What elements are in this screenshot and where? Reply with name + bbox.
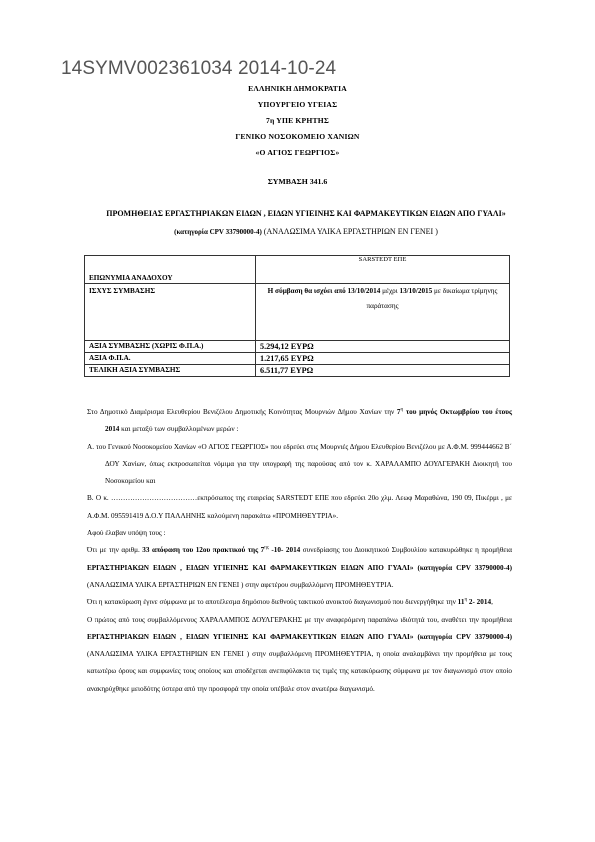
assignment-text: Ο πρώτος από τους συμβαλλόμενους ΧΑΡΑΛΑΜ…: [87, 616, 512, 624]
validity-label: ΙΣΧΥΣ ΣΥΜΒΑΣΗΣ: [85, 284, 256, 341]
header-line-ministry: ΥΠΟΥΡΓΕΙΟ ΥΓΕΙΑΣ: [0, 100, 595, 109]
total-value: 6.511,77 ΕΥΡΩ: [256, 365, 510, 377]
award-text: Ότι με την αριθμ.: [87, 546, 142, 554]
award-text2: συνεδρίασης του Διοικητικού Συμβουλίου κ…: [300, 546, 512, 554]
table-row: ΕΠΩΝΥΜΙΑ ΑΝΑΔΟΧΟΥ SARSTEDT ΕΠΕ: [85, 256, 510, 284]
contract-title: ΣΥΜΒΑΣΗ 341.6: [0, 177, 595, 186]
header-line-hospital-name: «Ο ΑΓΙΟΣ ΓΕΩΡΓΙΟΣ»: [0, 148, 595, 157]
vat-value: 1.217,65 ΕΥΡΩ: [256, 353, 510, 365]
validity-until: μέχρι: [380, 287, 399, 295]
award-text3: (ΑΝΑΛΩΣΙΜΑ ΥΛΙΚΑ ΕΡΓΑΣΤΗΡΙΩΝ ΕΝ ΓΕΝΕΙ ) …: [87, 581, 394, 589]
subject-category: (κατηγορία CPV 33790000-4): [174, 228, 262, 236]
validity-start: Η σύμβαση θα ισχύει από 13/10/2014: [268, 287, 381, 295]
award-decision: 33 απόφαση του 12ου πρακτικού της 7: [142, 546, 264, 554]
subject-bold: ΠΡΟΜΗΘΕΙΑΣ ΕΡΓΑΣΤΗΡΙΑΚΩΝ ΕΙΔΩΝ , ΕΙΔΩΝ Υ…: [106, 209, 506, 218]
table-row: ΑΞΙΑ ΣΥΜΒΑΣΗΣ (ΧΩΡΙΣ Φ.Π.Α.) 5.294,12 ΕΥ…: [85, 341, 510, 353]
paragraph-party-b: Β. Ο κ. ………………………………εκπρόσωπος της εταιρ…: [87, 490, 512, 525]
document-id-stamp: 14SYMV002361034 2014-10-24: [61, 58, 336, 80]
net-value: 5.294,12 ΕΥΡΩ: [256, 341, 510, 353]
table-row: ΑΞΙΑ Φ.Π.Α. 1.217,65 ΕΥΡΩ: [85, 353, 510, 365]
paragraph-party-a: Α. του Γενικού Νοσοκομείου Χανίων «Ο ΑΓΙ…: [87, 439, 512, 491]
contractor-value: SARSTEDT ΕΠΕ: [256, 256, 510, 284]
validity-end: 13/10/2015: [399, 287, 432, 295]
net-value-label: ΑΞΙΑ ΣΥΜΒΑΣΗΣ (ΧΩΡΙΣ Φ.Π.Α.): [85, 341, 256, 353]
award-date: -10- 2014: [269, 546, 300, 554]
contract-info-table: ΕΠΩΝΥΜΙΑ ΑΝΑΔΟΧΟΥ SARSTEDT ΕΠΕ ΙΣΧΥΣ ΣΥΜ…: [84, 255, 510, 377]
contractor-label: ΕΠΩΝΥΜΙΑ ΑΝΑΔΟΧΟΥ: [85, 256, 256, 284]
table-row: ΤΕΛΙΚΗ ΑΞΙΑ ΣΥΜΒΑΣΗΣ 6.511,77 ΕΥΡΩ: [85, 365, 510, 377]
assignment-terms: (ΑΝΑΛΩΣΙΜΑ ΥΛΙΚΑ ΕΡΓΑΣΤΗΡΙΩΝ ΕΝ ΓΕΝΕΙ ) …: [87, 650, 512, 693]
paragraph-assignment: Ο πρώτος από τους συμβαλλόμενους ΧΑΡΑΛΑΜ…: [87, 612, 512, 698]
tender-comma: ,: [491, 598, 493, 606]
intro-parties: και μεταξύ των συμβαλλομένων μερών :: [119, 425, 238, 433]
paragraph-considering: Αφού έλαβαν υπόψη τους :: [87, 525, 512, 542]
contract-body: Στο Δημοτικό Διαμέρισμα Ελευθερίου Βενιζ…: [87, 404, 512, 698]
vat-label: ΑΞΙΑ Φ.Π.Α.: [85, 353, 256, 365]
tender-date: 2- 2014: [467, 598, 491, 606]
header-line-republic: ΕΛΛΗΝΙΚΗ ΔΗΜΟΚΡΑΤΙΑ: [0, 84, 595, 93]
table-row: ΙΣΧΥΣ ΣΥΜΒΑΣΗΣ Η σύμβαση θα ισχύει από 1…: [85, 284, 510, 341]
header-line-health-region: 7η ΥΠΕ ΚΡΗΤΗΣ: [0, 116, 595, 125]
award-items: ΕΡΓΑΣΤΗΡΙΑΚΩΝ ΕΙΔΩΝ , ΕΙΔΩΝ ΥΓΙΕΙΝΗΣ ΚΑΙ…: [87, 564, 512, 572]
header-line-hospital: ΓΕΝΙΚΟ ΝΟΣΟΚΟΜΕΙΟ ΧΑΝΙΩΝ: [0, 132, 595, 141]
paragraph-award: Ότι με την αριθμ. 33 απόφαση του 12ου πρ…: [87, 542, 512, 594]
paragraph-intro: Στο Δημοτικό Διαμέρισμα Ελευθερίου Βενιζ…: [87, 404, 512, 439]
subject-normal: (ΑΝΑΛΩΣΙΜΑ ΥΛΙΚΑ ΕΡΓΑΣΤΗΡΙΩΝ ΕΝ ΓΕΝΕΙ ): [264, 227, 438, 236]
assignment-items: ΕΡΓΑΣΤΗΡΙΑΚΩΝ ΕΙΔΩΝ , ΕΙΔΩΝ ΥΓΙΕΙΝΗΣ ΚΑΙ…: [87, 633, 512, 641]
paragraph-tender: Ότι η κατακύρωση έγινε σύμφωνα με το απο…: [87, 594, 512, 611]
validity-value: Η σύμβαση θα ισχύει από 13/10/2014 μέχρι…: [256, 284, 510, 341]
tender-text: Ότι η κατακύρωση έγινε σύμφωνα με το απο…: [87, 598, 458, 606]
total-value-label: ΤΕΛΙΚΗ ΑΞΙΑ ΣΥΜΒΑΣΗΣ: [85, 365, 256, 377]
intro-text: Στο Δημοτικό Διαμέρισμα Ελευθερίου Βενιζ…: [87, 408, 397, 416]
contract-subject: ΠΡΟΜΗΘΕΙΑΣ ΕΡΓΑΣΤΗΡΙΑΚΩΝ ΕΙΔΩΝ , ΕΙΔΩΝ Υ…: [96, 205, 516, 241]
